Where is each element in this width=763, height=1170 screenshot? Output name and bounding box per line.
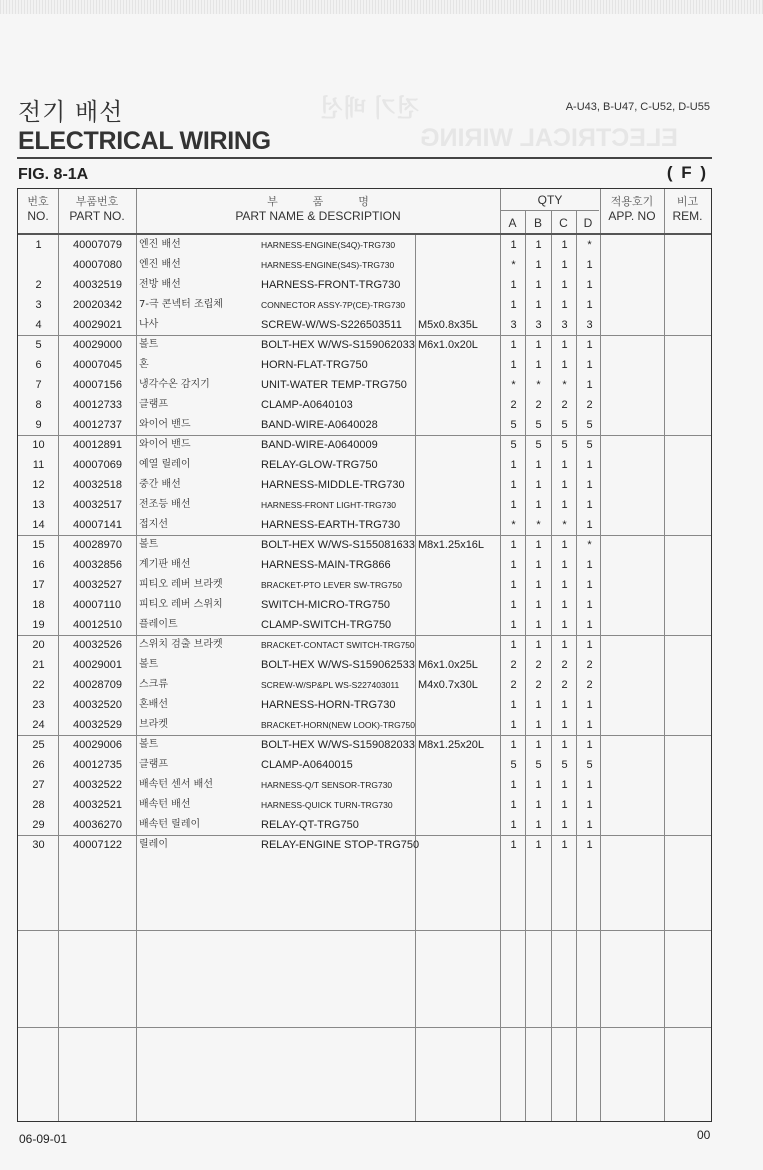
- table-row: 840012733클램프CLAMP-A06401032222: [18, 395, 711, 415]
- part-name: HARNESS-Q/T SENSOR-TRG730: [261, 775, 392, 795]
- item-number: 8: [18, 395, 59, 415]
- item-number: 5: [18, 335, 59, 355]
- table-row: 740007156냉각수온 감지기UNIT-WATER TEMP-TRG750*…: [18, 375, 711, 395]
- table-row: 440029021나사SCREW-W/WS-S226503511M5x0.8x3…: [18, 315, 711, 335]
- part-name-korean: 와이어 밴드: [139, 435, 190, 455]
- qty-c: 1: [552, 355, 577, 375]
- qty-b: 2: [526, 655, 551, 675]
- qty-b: 1: [526, 795, 551, 815]
- part-name: RELAY-ENGINE STOP-TRG750: [261, 835, 419, 855]
- qty-b: 1: [526, 295, 551, 315]
- qty-b: 1: [526, 455, 551, 475]
- qty-d: 1: [577, 295, 602, 315]
- header-part-name: 부 품 명PART NAME & DESCRIPTION: [136, 195, 500, 223]
- qty-b: 1: [526, 555, 551, 575]
- table-row: 3040007122릴레이RELAY-ENGINE STOP-TRG750111…: [18, 835, 711, 855]
- part-name-korean: 계기판 배선: [139, 555, 190, 575]
- qty-b: 1: [526, 235, 551, 255]
- part-name-korean: 나사: [139, 315, 158, 335]
- header-part-no: 부품번호PART NO.: [58, 195, 136, 223]
- qty-c: 1: [552, 455, 577, 475]
- qty-d: 1: [577, 495, 602, 515]
- qty-a: *: [501, 255, 526, 275]
- part-name-korean: 플레이트: [139, 615, 178, 635]
- table-row: 140007079엔진 배선HARNESS-ENGINE(S4Q)-TRG730…: [18, 235, 711, 255]
- item-number: 22: [18, 675, 59, 695]
- item-number: 7: [18, 375, 59, 395]
- item-number: 25: [18, 735, 59, 755]
- qty-b: 1: [526, 715, 551, 735]
- qty-b: 1: [526, 815, 551, 835]
- qty-c: 5: [552, 415, 577, 435]
- item-number: 1: [18, 235, 59, 255]
- part-name: SCREW-W/WS-S226503511: [261, 315, 402, 335]
- header-qty-d: D: [576, 216, 600, 230]
- part-number: 40032518: [73, 475, 122, 495]
- qty-c: 1: [552, 815, 577, 835]
- part-number: 40029001: [73, 655, 122, 675]
- part-number: 40029000: [73, 335, 122, 355]
- part-name: CLAMP-A0640015: [261, 755, 353, 775]
- part-name-korean: 스크류: [139, 675, 168, 695]
- bleed-through-title: 전기 배선: [320, 88, 419, 123]
- table-row: 2340032520혼배선HARNESS-HORN-TRG7301111: [18, 695, 711, 715]
- qty-c: 1: [552, 695, 577, 715]
- qty-d: 1: [577, 695, 602, 715]
- part-name: BRACKET-CONTACT SWITCH-TRG750: [261, 635, 415, 655]
- qty-b: 5: [526, 755, 551, 775]
- qty-a: 1: [501, 735, 526, 755]
- item-number: 20: [18, 635, 59, 655]
- figure-number: FIG. 8-1A: [18, 166, 88, 184]
- part-spec: M8x1.25x20L: [418, 735, 484, 755]
- part-number: 40032526: [73, 635, 122, 655]
- qty-d: 1: [577, 335, 602, 355]
- part-name: BOLT-HEX W/WS-S159082033: [261, 735, 415, 755]
- part-name: HORN-FLAT-TRG750: [261, 355, 368, 375]
- qty-a: 2: [501, 655, 526, 675]
- header-qty: QTY: [500, 193, 600, 207]
- qty-c: 1: [552, 295, 577, 315]
- qty-a: 2: [501, 395, 526, 415]
- header-app-no: 적용호기APP. NO: [600, 195, 664, 223]
- qty-d: 3: [577, 315, 602, 335]
- part-number: 20020342: [73, 295, 122, 315]
- qty-c: 1: [552, 775, 577, 795]
- part-number: 40007080: [73, 255, 122, 275]
- qty-b: 2: [526, 395, 551, 415]
- qty-a: 1: [501, 795, 526, 815]
- parts-table: 번호NO. 부품번호PART NO. 부 품 명PART NAME & DESC…: [17, 188, 712, 1122]
- qty-a: 1: [501, 555, 526, 575]
- qty-d: 1: [577, 275, 602, 295]
- qty-d: 2: [577, 675, 602, 695]
- qty-b: *: [526, 515, 551, 535]
- qty-a: 2: [501, 675, 526, 695]
- part-name-korean: 냉각수온 감지기: [139, 375, 210, 395]
- qty-a: 1: [501, 615, 526, 635]
- group-divider: [18, 1027, 711, 1028]
- part-number: 40007079: [73, 235, 122, 255]
- table-row: 2840032521배속턴 배선HARNESS-QUICK TURN-TRG73…: [18, 795, 711, 815]
- header-no: 번호NO.: [18, 195, 58, 223]
- part-name-korean: 피티오 레버 스위치: [139, 595, 223, 615]
- qty-c: *: [552, 515, 577, 535]
- qty-b: 1: [526, 535, 551, 555]
- item-number: 21: [18, 655, 59, 675]
- qty-c: 1: [552, 575, 577, 595]
- table-row: 1440007141접지선HARNESS-EARTH-TRG730***1: [18, 515, 711, 535]
- qty-c: 1: [552, 475, 577, 495]
- part-name-korean: 클램프: [139, 755, 168, 775]
- qty-d: 1: [577, 455, 602, 475]
- qty-c: 5: [552, 435, 577, 455]
- part-number: 40028970: [73, 535, 122, 555]
- qty-d: 5: [577, 435, 602, 455]
- part-name: HARNESS-FRONT-TRG730: [261, 275, 400, 295]
- table-row: 2440032529브라켓BRACKET-HORN(NEW LOOK)-TRG7…: [18, 715, 711, 735]
- part-number: 40012737: [73, 415, 122, 435]
- qty-d: 1: [577, 355, 602, 375]
- part-number: 40032529: [73, 715, 122, 735]
- qty-a: 1: [501, 535, 526, 555]
- part-name-korean: 브라켓: [139, 715, 168, 735]
- table-row: 2640012735클램프CLAMP-A06400155555: [18, 755, 711, 775]
- part-name: RELAY-QT-TRG750: [261, 815, 359, 835]
- part-name: RELAY-GLOW-TRG750: [261, 455, 378, 475]
- qty-c: 2: [552, 655, 577, 675]
- qty-d: 1: [577, 475, 602, 495]
- part-name: HARNESS-MAIN-TRG866: [261, 555, 391, 575]
- scan-edge-noise: [0, 0, 763, 14]
- item-number: 6: [18, 355, 59, 375]
- qty-c: 1: [552, 635, 577, 655]
- qty-c: 1: [552, 835, 577, 855]
- qty-b: 1: [526, 475, 551, 495]
- table-row: 1740032527피티오 레버 브라켓BRACKET-PTO LEVER SW…: [18, 575, 711, 595]
- group-divider: [18, 930, 711, 931]
- qty-b: 1: [526, 695, 551, 715]
- qty-c: 1: [552, 275, 577, 295]
- item-number: 29: [18, 815, 59, 835]
- part-name: CLAMP-SWITCH-TRG750: [261, 615, 391, 635]
- qty-d: 2: [577, 395, 602, 415]
- item-number: 16: [18, 555, 59, 575]
- model-legend: A-U43, B-U47, C-U52, D-U55: [566, 101, 710, 113]
- item-number: 4: [18, 315, 59, 335]
- qty-b: 1: [526, 615, 551, 635]
- qty-d: 5: [577, 755, 602, 775]
- item-number: 14: [18, 515, 59, 535]
- part-name: UNIT-WATER TEMP-TRG750: [261, 375, 407, 395]
- part-number: 40007122: [73, 835, 122, 855]
- table-row: 1140007069예열 릴레이RELAY-GLOW-TRG7501111: [18, 455, 711, 475]
- part-spec: M5x0.8x35L: [418, 315, 478, 335]
- qty-d: 1: [577, 575, 602, 595]
- part-name-korean: 스위치 검출 브라켓: [139, 635, 223, 655]
- qty-a: 1: [501, 335, 526, 355]
- qty-c: 1: [552, 715, 577, 735]
- part-name-korean: 클램프: [139, 395, 168, 415]
- item-number: 23: [18, 695, 59, 715]
- qty-b: *: [526, 375, 551, 395]
- item-number: 11: [18, 455, 59, 475]
- part-number: 40032521: [73, 795, 122, 815]
- part-spec: M6x1.0x25L: [418, 655, 478, 675]
- qty-a: 1: [501, 595, 526, 615]
- table-row: 1940012510플레이트CLAMP-SWITCH-TRG7501111: [18, 615, 711, 635]
- qty-b: 1: [526, 595, 551, 615]
- part-name: SCREW-W/SP&PL WS-S227403011: [261, 675, 399, 695]
- part-name-korean: 피티오 레버 브라켓: [139, 575, 223, 595]
- table-row: 1040012891와이어 밴드BAND-WIRE-A06400095555: [18, 435, 711, 455]
- item-number: 9: [18, 415, 59, 435]
- qty-a: 1: [501, 455, 526, 475]
- part-name-korean: 볼트: [139, 735, 158, 755]
- qty-b: 1: [526, 775, 551, 795]
- part-number: 40007110: [73, 595, 121, 615]
- qty-a: 1: [501, 635, 526, 655]
- item-number: 27: [18, 775, 59, 795]
- part-number: 40032856: [73, 555, 122, 575]
- table-row: 1240032518중간 배선HARNESS-MIDDLE-TRG7301111: [18, 475, 711, 495]
- part-name-korean: 릴레이: [139, 835, 168, 855]
- qty-d: 1: [577, 375, 602, 395]
- qty-a: 1: [501, 295, 526, 315]
- page-number: 00: [697, 1128, 710, 1142]
- qty-c: 5: [552, 755, 577, 775]
- part-name: HARNESS-EARTH-TRG730: [261, 515, 400, 535]
- table-row: 2740032522배속턴 센서 배선HARNESS-Q/T SENSOR-TR…: [18, 775, 711, 795]
- table-row: 640007045혼HORN-FLAT-TRG7501111: [18, 355, 711, 375]
- part-spec: M4x0.7x30L: [418, 675, 478, 695]
- item-number: 17: [18, 575, 59, 595]
- table-row: 1540028970볼트BOLT-HEX W/WS-S155081633M8x1…: [18, 535, 711, 555]
- part-name: BAND-WIRE-A0640028: [261, 415, 378, 435]
- qty-d: 1: [577, 515, 602, 535]
- qty-d: 1: [577, 815, 602, 835]
- part-name: SWITCH-MICRO-TRG750: [261, 595, 390, 615]
- qty-c: 1: [552, 255, 577, 275]
- qty-d: 1: [577, 735, 602, 755]
- item-number: 26: [18, 755, 59, 775]
- qty-c: 1: [552, 595, 577, 615]
- qty-a: 1: [501, 775, 526, 795]
- part-name: HARNESS-HORN-TRG730: [261, 695, 395, 715]
- qty-d: 1: [577, 835, 602, 855]
- table-row: 240032519전방 배선HARNESS-FRONT-TRG7301111: [18, 275, 711, 295]
- item-number: 19: [18, 615, 59, 635]
- qty-b: 1: [526, 835, 551, 855]
- variant-code: ( F ): [667, 163, 708, 183]
- qty-b: 2: [526, 675, 551, 695]
- part-name: HARNESS-ENGINE(S4Q)-TRG730: [261, 235, 395, 255]
- qty-d: 2: [577, 655, 602, 675]
- qty-c: 2: [552, 395, 577, 415]
- qty-c: 1: [552, 535, 577, 555]
- part-number: 40007141: [73, 515, 122, 535]
- qty-c: 1: [552, 615, 577, 635]
- qty-c: 1: [552, 335, 577, 355]
- part-name-korean: 볼트: [139, 335, 158, 355]
- qty-b: 1: [526, 255, 551, 275]
- qty-a: *: [501, 375, 526, 395]
- part-name-korean: 전조등 배선: [139, 495, 190, 515]
- part-name: HARNESS-ENGINE(S4S)-TRG730: [261, 255, 394, 275]
- qty-d: 1: [577, 775, 602, 795]
- qty-a: 1: [501, 695, 526, 715]
- qty-a: 1: [501, 715, 526, 735]
- qty-header-divider: [500, 210, 599, 211]
- qty-c: 3: [552, 315, 577, 335]
- part-name-korean: 볼트: [139, 535, 158, 555]
- qty-d: *: [577, 535, 602, 555]
- qty-c: 1: [552, 795, 577, 815]
- qty-b: 1: [526, 575, 551, 595]
- header-qty-a: A: [500, 216, 525, 230]
- qty-c: 2: [552, 675, 577, 695]
- part-name-korean: 예열 릴레이: [139, 455, 190, 475]
- part-name: BRACKET-PTO LEVER SW-TRG750: [261, 575, 402, 595]
- qty-b: 1: [526, 495, 551, 515]
- part-name: BOLT-HEX W/WS-S159062033: [261, 335, 415, 355]
- qty-b: 1: [526, 635, 551, 655]
- qty-a: *: [501, 515, 526, 535]
- header-qty-c: C: [551, 216, 576, 230]
- item-number: 24: [18, 715, 59, 735]
- table-row: 2240028709스크류SCREW-W/SP&PL WS-S227403011…: [18, 675, 711, 695]
- part-number: 40029021: [73, 315, 122, 335]
- item-number: 10: [18, 435, 59, 455]
- qty-c: 1: [552, 735, 577, 755]
- header-qty-b: B: [525, 216, 551, 230]
- page-title-korean: 전기 배선: [18, 92, 123, 127]
- part-number: 40012733: [73, 395, 122, 415]
- qty-b: 1: [526, 335, 551, 355]
- part-number: 40032519: [73, 275, 122, 295]
- part-name: BRACKET-HORN(NEW LOOK)-TRG750: [261, 715, 415, 735]
- qty-b: 1: [526, 355, 551, 375]
- part-name: CLAMP-A0640103: [261, 395, 353, 415]
- qty-d: 5: [577, 415, 602, 435]
- table-row: 540029000볼트BOLT-HEX W/WS-S159062033M6x1.…: [18, 335, 711, 355]
- qty-b: 5: [526, 415, 551, 435]
- title-rule: [17, 157, 712, 159]
- part-name-korean: 엔진 배선: [139, 235, 181, 255]
- part-number: 40012891: [73, 435, 122, 455]
- header-remarks: 비고REM.: [664, 195, 711, 223]
- part-name: HARNESS-FRONT LIGHT-TRG730: [261, 495, 396, 515]
- item-number: 2: [18, 275, 59, 295]
- qty-c: 1: [552, 235, 577, 255]
- table-row: 2540029006볼트BOLT-HEX W/WS-S159082033M8x1…: [18, 735, 711, 755]
- item-number: 3: [18, 295, 59, 315]
- part-spec: M8x1.25x16L: [418, 535, 484, 555]
- qty-c: *: [552, 375, 577, 395]
- part-name-korean: 배속턴 릴레이: [139, 815, 200, 835]
- part-name-korean: 중간 배선: [139, 475, 181, 495]
- qty-d: 1: [577, 595, 602, 615]
- item-number: 13: [18, 495, 59, 515]
- table-row: 1640032856계기판 배선HARNESS-MAIN-TRG8661111: [18, 555, 711, 575]
- qty-a: 1: [501, 235, 526, 255]
- qty-a: 1: [501, 355, 526, 375]
- qty-d: 1: [577, 715, 602, 735]
- part-spec: M6x1.0x20L: [418, 335, 478, 355]
- part-name-korean: 와이어 밴드: [139, 415, 190, 435]
- qty-a: 5: [501, 415, 526, 435]
- qty-a: 5: [501, 435, 526, 455]
- table-row: 940012737와이어 밴드BAND-WIRE-A06400285555: [18, 415, 711, 435]
- part-number: 40012735: [73, 755, 122, 775]
- item-number: 12: [18, 475, 59, 495]
- part-number: 40007069: [73, 455, 122, 475]
- part-name: HARNESS-MIDDLE-TRG730: [261, 475, 405, 495]
- table-row: 3200203427-극 콘넥터 조립체CONNECTOR ASSY-7P(CE…: [18, 295, 711, 315]
- qty-a: 1: [501, 495, 526, 515]
- part-number: 40012510: [73, 615, 122, 635]
- table-row: 1840007110피티오 레버 스위치SWITCH-MICRO-TRG7501…: [18, 595, 711, 615]
- qty-c: 1: [552, 495, 577, 515]
- qty-d: 1: [577, 635, 602, 655]
- item-number: 30: [18, 835, 59, 855]
- part-number: 40032522: [73, 775, 122, 795]
- qty-a: 1: [501, 475, 526, 495]
- table-row: 1340032517전조등 배선HARNESS-FRONT LIGHT-TRG7…: [18, 495, 711, 515]
- qty-a: 5: [501, 755, 526, 775]
- qty-c: 1: [552, 555, 577, 575]
- qty-a: 1: [501, 815, 526, 835]
- part-name-korean: 전방 배선: [139, 275, 181, 295]
- qty-a: 1: [501, 275, 526, 295]
- qty-b: 1: [526, 275, 551, 295]
- qty-d: 1: [577, 615, 602, 635]
- part-number: 40028709: [73, 675, 122, 695]
- part-name-korean: 배속턴 센서 배선: [139, 775, 213, 795]
- qty-b: 3: [526, 315, 551, 335]
- part-name-korean: 볼트: [139, 655, 158, 675]
- qty-d: *: [577, 235, 602, 255]
- part-number: 40032517: [73, 495, 122, 515]
- qty-a: 3: [501, 315, 526, 335]
- table-row: 40007080엔진 배선HARNESS-ENGINE(S4S)-TRG730*…: [18, 255, 711, 275]
- part-number: 40032520: [73, 695, 122, 715]
- table-row: 2040032526스위치 검출 브라켓BRACKET-CONTACT SWIT…: [18, 635, 711, 655]
- revision-date: 06-09-01: [19, 1132, 67, 1146]
- part-number: 40007045: [73, 355, 122, 375]
- bleed-through-title-en: ELECTRICAL WIRING: [420, 124, 678, 153]
- part-name-korean: 접지선: [139, 515, 168, 535]
- part-name-korean: 엔진 배선: [139, 255, 181, 275]
- qty-b: 1: [526, 735, 551, 755]
- part-number: 40036270: [73, 815, 122, 835]
- table-row: 2940036270배속턴 릴레이RELAY-QT-TRG7501111: [18, 815, 711, 835]
- part-name-korean: 혼: [139, 355, 149, 375]
- part-name-korean: 혼배선: [139, 695, 168, 715]
- part-number: 40007156: [73, 375, 122, 395]
- part-name: BOLT-HEX W/WS-S155081633: [261, 535, 415, 555]
- qty-a: 1: [501, 835, 526, 855]
- part-name: BAND-WIRE-A0640009: [261, 435, 378, 455]
- qty-b: 5: [526, 435, 551, 455]
- part-name: BOLT-HEX W/WS-S159062533: [261, 655, 415, 675]
- qty-d: 1: [577, 795, 602, 815]
- qty-a: 1: [501, 575, 526, 595]
- part-name: HARNESS-QUICK TURN-TRG730: [261, 795, 393, 815]
- part-name: CONNECTOR ASSY-7P(CE)-TRG730: [261, 295, 405, 315]
- part-name-korean: 배속턴 배선: [139, 795, 190, 815]
- part-name-korean: 7-극 콘넥터 조립체: [139, 295, 223, 315]
